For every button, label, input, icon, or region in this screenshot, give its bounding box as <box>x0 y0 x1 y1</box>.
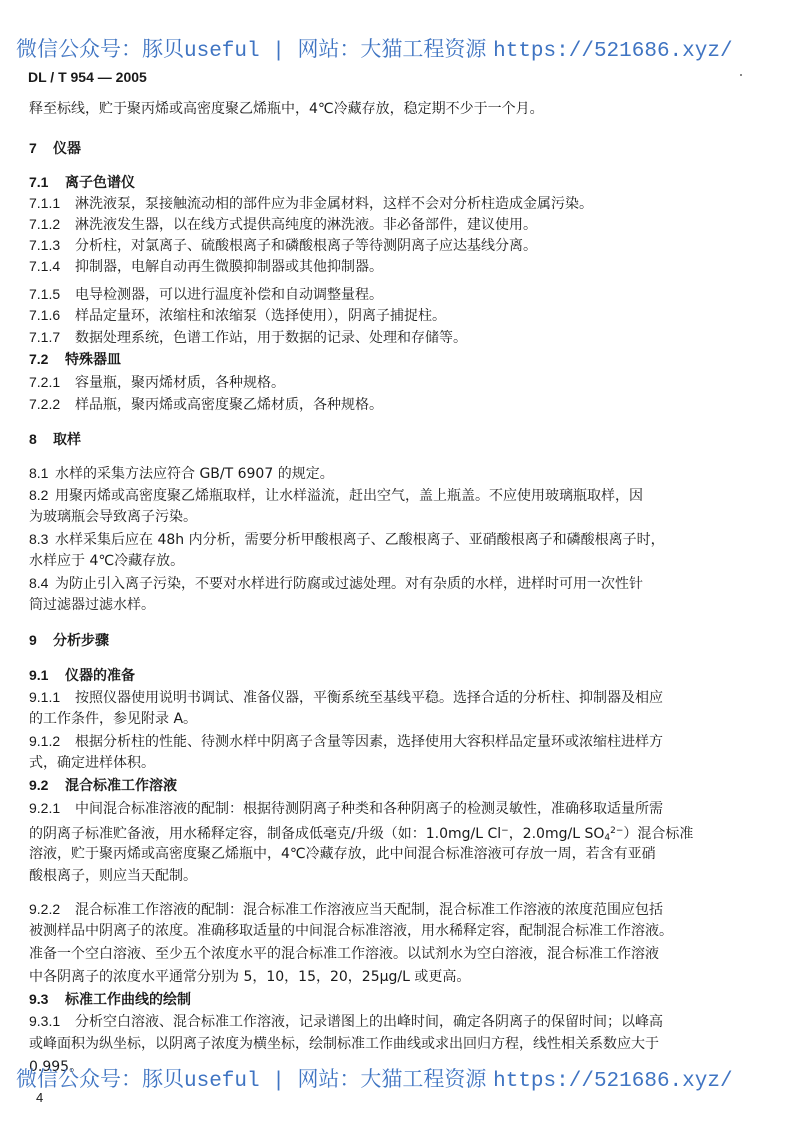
clause-8-2-cont: 为玻璃瓶会导致离子污染。 <box>29 509 197 525</box>
watermark-useful: useful <box>184 1070 260 1093</box>
watermark-site: 网站：大猫工程资源 <box>297 1067 493 1091</box>
clause-8-3: 8.3水样采集后应在 48h 内分析，需要分析甲酸根离子、乙酸根离子、亚硝酸根离… <box>29 531 665 548</box>
watermark-site: 网站：大猫工程资源 <box>297 37 493 61</box>
watermark-wechat: 微信公众号：豚贝 <box>16 37 184 61</box>
clause-8-4-cont: 筒过滤器过滤水样。 <box>29 597 155 613</box>
section-heading-9-2: 9.2混合标准工作溶液 <box>29 777 177 794</box>
watermark-banner-bottom: 微信公众号：豚贝useful | 网站：大猫工程资源 https://52168… <box>16 1063 733 1093</box>
clause-8-2: 8.2用聚丙烯或高密度聚乙烯瓶取样，让水样溢流，赶出空气，盖上瓶盖。不应使用玻璃… <box>29 487 643 504</box>
watermark-separator: | <box>260 1070 298 1093</box>
clause-7-1-2: 7.1.2淋洗液发生器，以在线方式提供高纯度的淋洗液。非必备部件，建议使用。 <box>29 216 537 233</box>
clause-8-3-cont: 水样应于 4℃冷藏存放。 <box>29 553 184 569</box>
section-heading-7-2: 7.2特殊器皿 <box>29 351 121 368</box>
watermark-url: https://521686.xyz/ <box>493 1070 732 1093</box>
clause-7-1-7: 7.1.7数据处理系统，色谱工作站，用于数据的记录、处理和存储等。 <box>29 329 467 346</box>
clause-7-2-2: 7.2.2样品瓶，聚丙烯或高密度聚乙烯材质，各种规格。 <box>29 396 383 413</box>
clause-7-1-4: 7.1.4抑制器，电解自动再生微膜抑制器或其他抑制器。 <box>29 258 383 275</box>
paragraph-continuation: 释至标线，贮于聚丙烯或高密度聚乙烯瓶中，4℃冷藏存放，稳定期不少于一个月。 <box>29 101 544 117</box>
clause-9-1-2: 9.1.2根据分析柱的性能、待测水样中阴离子含量等因素，选择使用大容积样品定量环… <box>29 733 663 750</box>
clause-8-4: 8.4为防止引入离子污染，不要对水样进行防腐或过滤处理。对有杂质的水样，进样时可… <box>29 575 643 592</box>
section-heading-7: 7仪器 <box>29 140 81 157</box>
clause-9-2-2-cont3: 中各阴离子的浓度水平通常分别为 5，10，15，20，25μg/L 或更高。 <box>29 969 470 985</box>
clause-7-1-6: 7.1.6样品定量环，浓缩柱和浓缩泵（选择使用），阴离子捕捉柱。 <box>29 307 446 324</box>
clause-9-2-1-cont3: 酸根离子，则应当天配制。 <box>29 868 197 884</box>
clause-9-2-1: 9.2.1中间混合标准溶液的配制：根据待测阴离子种类和各种阴离子的检测灵敏性，准… <box>29 800 663 817</box>
clause-7-2-1: 7.2.1容量瓶，聚丙烯材质，各种规格。 <box>29 374 285 391</box>
page-number: 4 <box>36 1090 43 1105</box>
clause-9-2-1-cont2: 溶液，贮于聚丙烯或高密度聚乙烯瓶中，4℃冷藏存放，此中间混合标准溶液可存放一周，… <box>29 846 656 862</box>
scan-speck <box>740 74 742 76</box>
watermark-separator: | <box>260 40 298 63</box>
clause-9-2-2: 9.2.2混合标准工作溶液的配制：混合标准工作溶液应当天配制，混合标准工作溶液的… <box>29 901 663 918</box>
section-heading-9-3: 9.3标准工作曲线的绘制 <box>29 991 191 1008</box>
watermark-wechat: 微信公众号：豚贝 <box>16 1067 184 1091</box>
clause-9-1-2-cont: 式，确定进样体积。 <box>29 755 155 771</box>
clause-9-1-1: 9.1.1按照仪器使用说明书调试、准备仪器，平衡系统至基线平稳。选择合适的分析柱… <box>29 689 663 706</box>
clause-7-1-5: 7.1.5电导检测器，可以进行温度补偿和自动调整量程。 <box>29 286 383 303</box>
clause-9-1-1-cont: 的工作条件，参见附录 A。 <box>29 711 197 727</box>
clause-7-1-3: 7.1.3分析柱，对氯离子、硫酸根离子和磷酸根离子等待测阴离子应达基线分离。 <box>29 237 537 254</box>
standard-code: DL / T 954 — 2005 <box>28 69 147 85</box>
clause-9-2-1-cont1: 的阴离子标准贮备液，用水稀释定容，制备成低毫克/升级（如：1.0mg/L Cl−… <box>29 823 693 846</box>
watermark-useful: useful <box>184 40 260 63</box>
watermark-banner-top: 微信公众号：豚贝useful | 网站：大猫工程资源 https://52168… <box>16 33 733 63</box>
section-heading-8: 8取样 <box>29 431 81 448</box>
section-heading-9-1: 9.1仪器的准备 <box>29 667 135 684</box>
section-heading-7-1: 7.1离子色谱仪 <box>29 174 135 191</box>
watermark-url: https://521686.xyz/ <box>493 40 732 63</box>
section-heading-9: 9分析步骤 <box>29 632 109 649</box>
clause-9-2-2-cont2: 准备一个空白溶液、至少五个浓度水平的混合标准工作溶液。以试剂水为空白溶液，混合标… <box>29 946 659 962</box>
clause-9-3-1: 9.3.1分析空白溶液、混合标准工作溶液，记录谱图上的出峰时间，确定各阴离子的保… <box>29 1013 663 1030</box>
clause-8-1: 8.1水样的采集方法应符合 GB/T 6907 的规定。 <box>29 465 334 482</box>
clause-9-2-2-cont1: 被测样品中阴离子的浓度。准确移取适量的中间混合标准溶液，用水稀释定容，配制混合标… <box>29 923 673 939</box>
clause-7-1-1: 7.1.1淋洗液泵，泵接触流动相的部件应为非金属材料，这样不会对分析柱造成金属污… <box>29 195 593 212</box>
clause-9-3-1-cont1: 或峰面积为纵坐标，以阴离子浓度为横坐标，绘制标准工作曲线或求出回归方程，线性相关… <box>29 1036 659 1052</box>
